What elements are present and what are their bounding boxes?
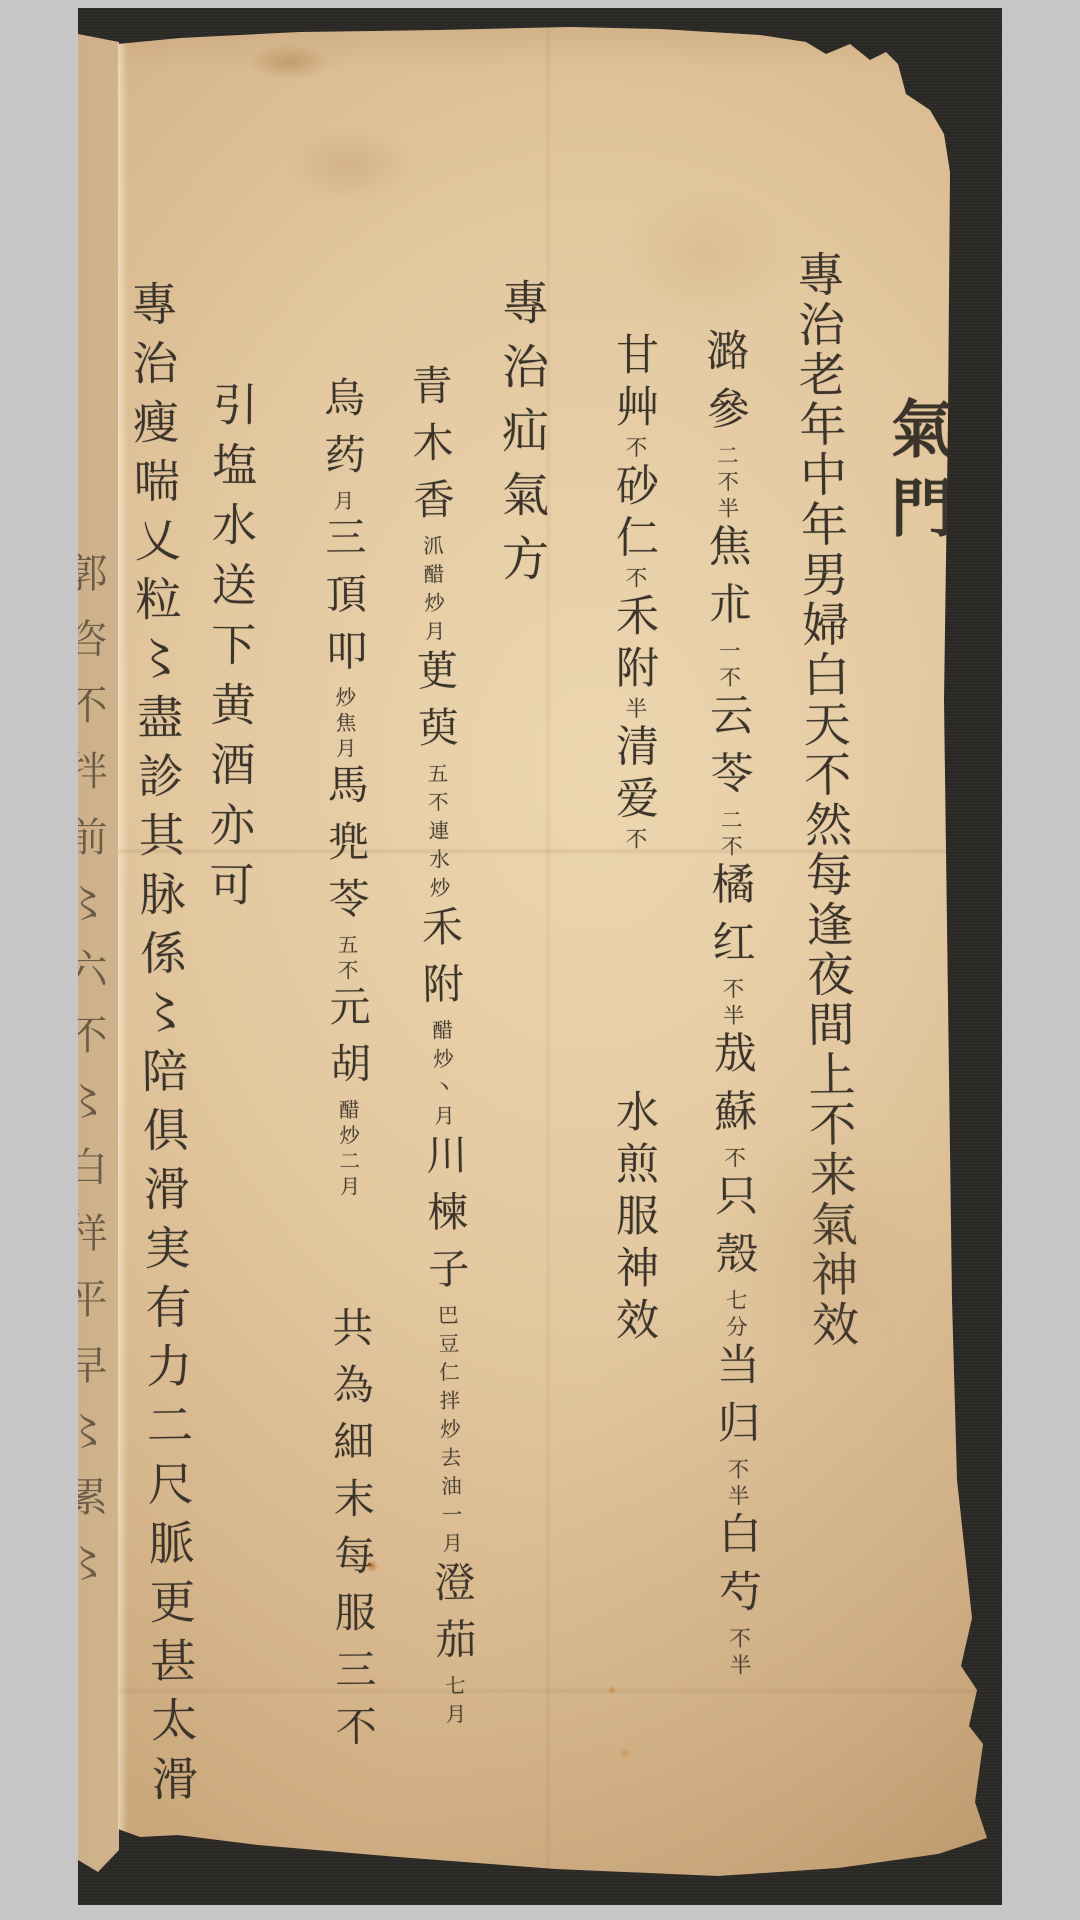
column-rx2-header: 專治疝氣方 [488, 278, 555, 598]
text-run: 馬兠苓 [320, 763, 369, 934]
text-run: 砂仁 [609, 463, 659, 567]
dosage-note: 二不 [717, 808, 743, 861]
text-run: 烏药 [317, 376, 366, 490]
dosage-note: 一不 [715, 639, 741, 692]
text-run: 禾附 [609, 593, 659, 697]
text-run: 禾附 [414, 905, 464, 1020]
text-run: 水煎服神效 [609, 1089, 659, 1349]
column-rx1-main: 專治老年中年男婦白天不然每逢夜間上不来氣神效 [783, 250, 865, 1351]
text-run: 白芍 [711, 1511, 762, 1628]
dosage-note: 一月 [438, 1504, 463, 1561]
scanned-manuscript-photo: { "manuscript": { "page_title": "氣門", "c… [0, 0, 1080, 1920]
dosage-note: 不 [622, 828, 647, 855]
dosage-note: 不半 [726, 1627, 752, 1680]
dosage-note: 月 [421, 620, 446, 649]
column-rx2-drugs-1: 青木香沠醋炒月茰萸五不連水炒禾附醋炒丶月川楝子巴豆仁拌炒去油一月澄茄七月 [399, 363, 484, 1732]
text-run: 㦲蘇 [706, 1030, 757, 1147]
text-run: 元胡 [322, 985, 371, 1099]
column-rx2-usage: 引塩水送下黄酒亦可 [195, 381, 264, 921]
dosage-note: 沠醋炒 [419, 535, 445, 621]
dosage-note: 不半 [724, 1458, 750, 1511]
dosage-note: 五不 [424, 763, 449, 820]
dosage-note: 不半 [719, 977, 745, 1030]
column-rx1-drugs-1: 潞參二不半焦朮一不云苓二不橘红不半㦲蘇不只殼七分当归不半白芍不半 [694, 328, 769, 1681]
dosage-note: 不 [721, 1146, 746, 1173]
text-run: 三頂叩 [318, 515, 367, 686]
text-run: 清爱 [609, 724, 659, 828]
text-run: 氣門 [881, 396, 954, 554]
text-run: 澄茄 [427, 1560, 477, 1675]
dosage-note: 七分 [722, 1289, 748, 1342]
text-run: 云苓 [703, 692, 754, 809]
text-run: 橘红 [705, 861, 756, 978]
text-run: 青木香 [404, 364, 455, 536]
dosage-note: 連水炒 [425, 820, 451, 906]
text-run: 只殼 [708, 1173, 759, 1290]
dosage-note: 月 [332, 737, 356, 763]
column-rx2-drugs-2: 烏药月三頂叩炒焦月馬兠苓五不元胡醋炒二月共為細末每服三不 [312, 376, 383, 1762]
dosage-note: 炒焦 [332, 686, 356, 737]
dosage-note: 五不 [334, 934, 358, 985]
text-run: 潞參 [699, 328, 750, 445]
dosage-note: 不 [622, 436, 647, 463]
dosage-note: 半 [622, 697, 647, 724]
dosage-note: 二月 [336, 1150, 360, 1201]
dosage-note: 醋炒 [335, 1099, 359, 1150]
column-rx3-main: 專治瘦喘乂粒〻盡診其脉係〻陪俱滑実有力二尺脈更甚太滑 [118, 280, 205, 1815]
text-run: 焦朮 [701, 523, 752, 640]
manuscript-page: 氣門專治老年中年男婦白天不然每逢夜間上不来氣神效潞參二不半焦朮一不云苓二不橘红不… [0, 0, 1080, 1920]
dosage-note: 月 [330, 490, 354, 516]
column-rx1-drugs-2: 甘艸不砂仁不禾附半清爱不水煎服神效 [604, 332, 665, 1349]
text-run: 甘艸 [609, 332, 659, 436]
dosage-note: 二不半 [713, 444, 739, 524]
dosage-note: 不 [622, 567, 647, 594]
dosage-note: 醋炒 [429, 1019, 454, 1076]
text-run: 川楝子 [419, 1133, 470, 1305]
previous-page-text-fragments: 郭咨不拌前〻六不〻白样平早〻累〻 [56, 552, 113, 1608]
text-run: 当归 [710, 1342, 761, 1459]
text-run: 共為細末每服三不 [325, 1306, 377, 1762]
text-run: 專治疝氣方 [494, 278, 549, 598]
text-run: 專治瘦喘乂粒〻盡診其脉係〻陪俱滑実有力二尺脈更甚太滑 [124, 280, 199, 1815]
text-run: 引塩水送下黄酒亦可 [201, 381, 258, 921]
text-run: 專治老年中年男婦白天不然每逢夜間上不来氣神效 [789, 250, 859, 1351]
text-run: 茰萸 [409, 648, 459, 763]
dosage-note: 七月 [441, 1675, 466, 1732]
dosage-note: 丶月 [430, 1076, 455, 1133]
dosage-note: 巴豆仁拌炒去油 [434, 1304, 462, 1504]
